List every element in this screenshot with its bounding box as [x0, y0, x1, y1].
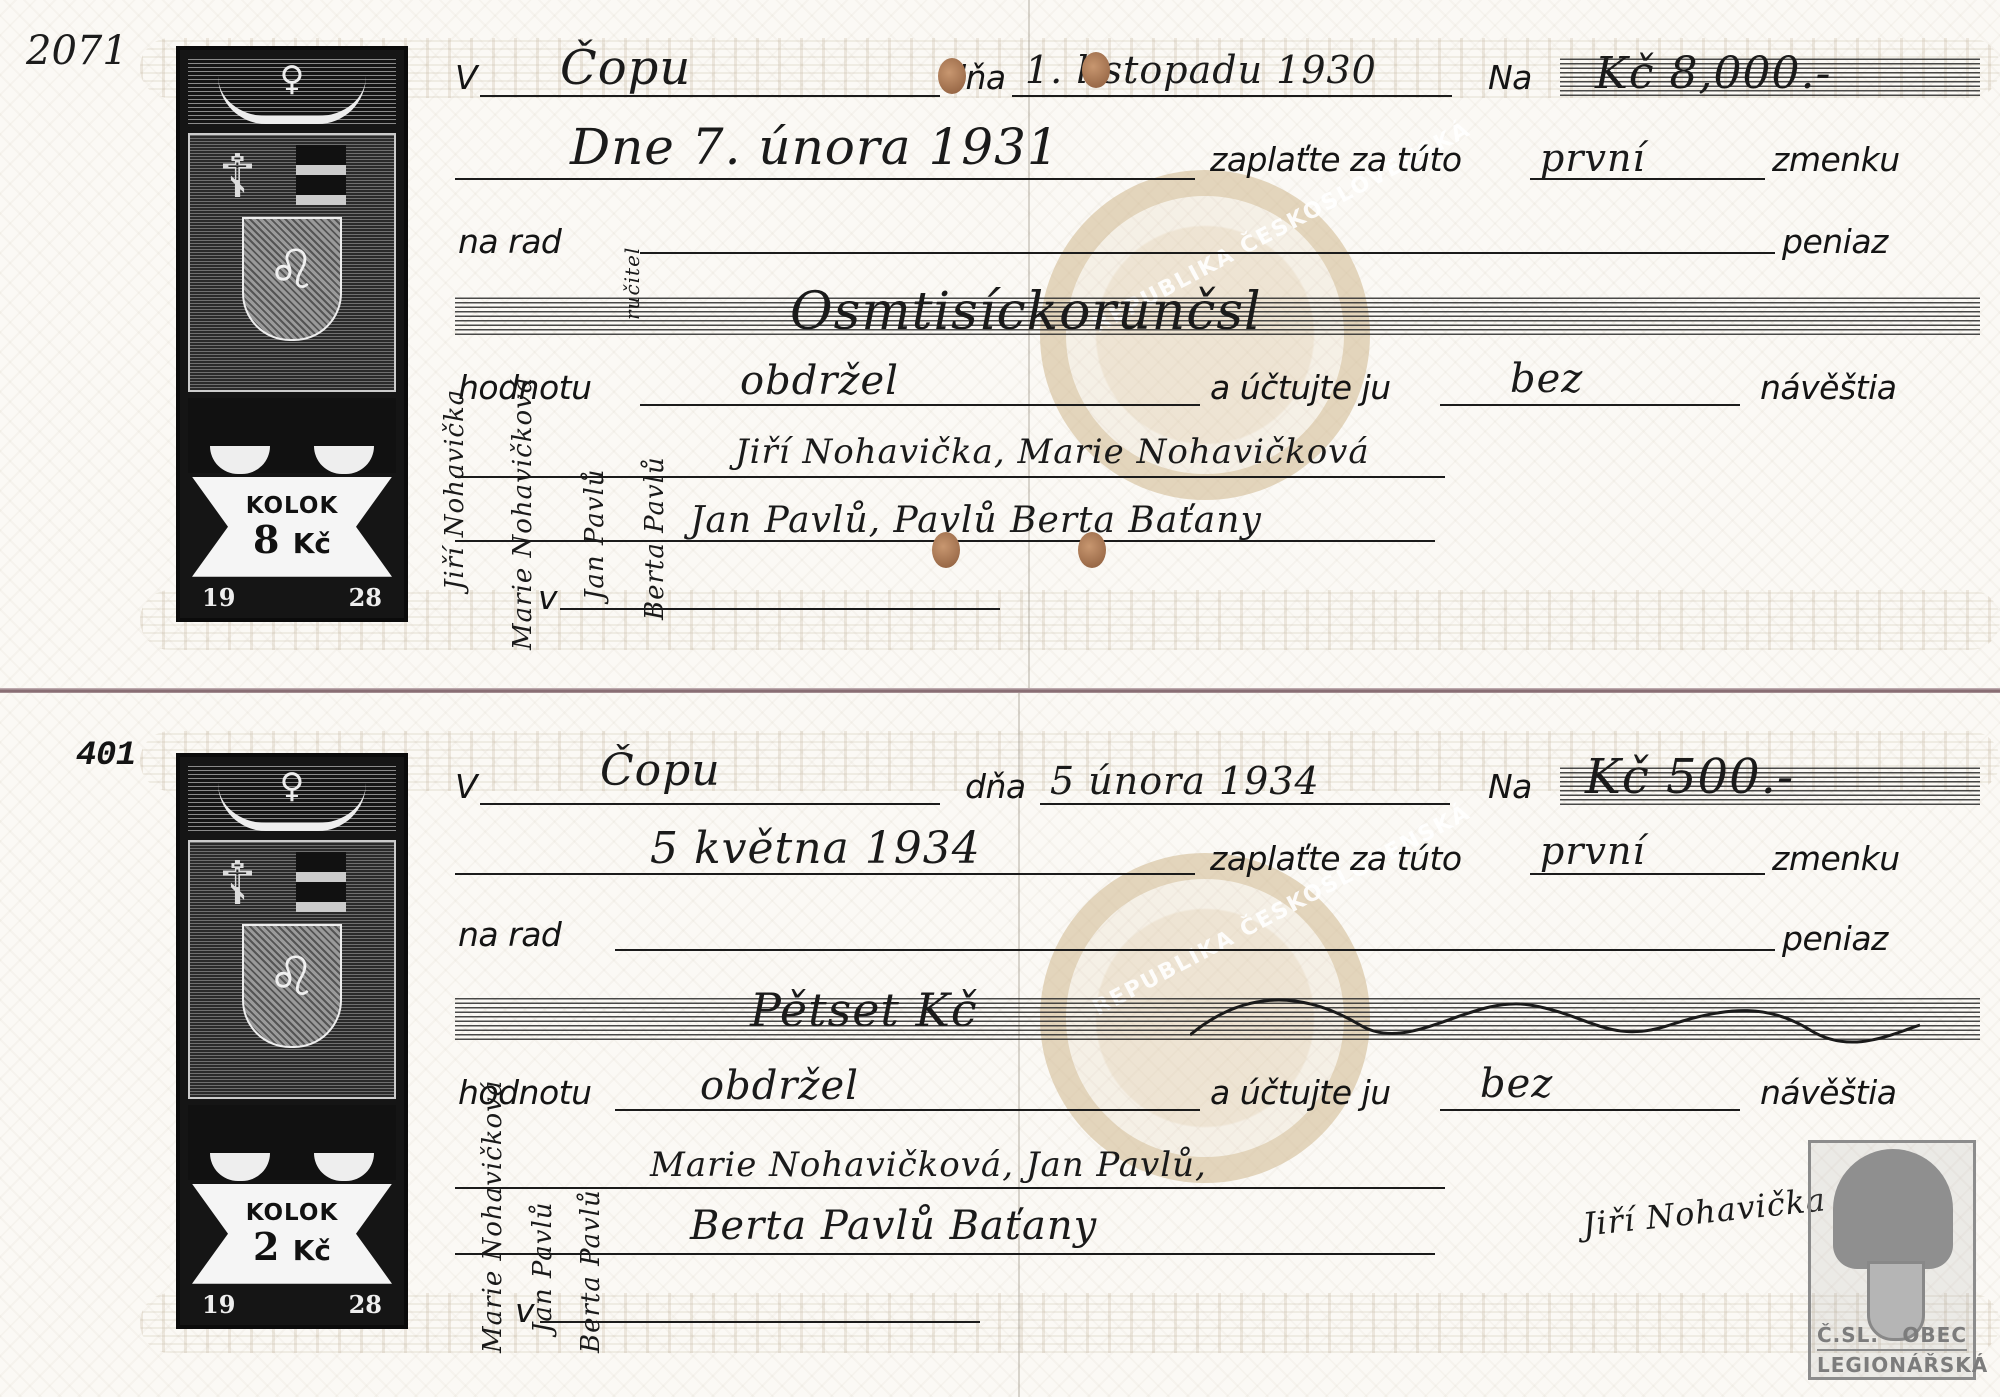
drawees-line-2: Berta Pavlů Baťany	[690, 1203, 1097, 1249]
notice-value: bez	[1480, 1061, 1553, 1107]
lion-icon: ♌	[268, 243, 316, 297]
place-line	[480, 95, 940, 97]
margin-signature: Berta Pavlů	[640, 456, 670, 620]
logo-line-1: Č.SL. OBEC	[1817, 1323, 1967, 1347]
stamp-year-right: 28	[349, 1290, 382, 1319]
stamp-value: 8 Kč	[253, 519, 331, 561]
date-value: 1. listopadu 1930	[1025, 48, 1377, 92]
pay-text: zaplaťte za túto	[1210, 140, 1462, 179]
punch-hole	[938, 58, 966, 94]
fold-line	[1028, 0, 1030, 690]
margin-signature: Jiří Nohavička	[440, 389, 470, 590]
stamp-crest-top: ♀	[188, 56, 396, 127]
scales-icon	[188, 398, 396, 473]
amount-value: Kč 500.-	[1585, 749, 1794, 805]
order-prefix: na rad	[458, 915, 561, 954]
notice-line	[1440, 404, 1740, 406]
stamp-year: 19 28	[188, 581, 396, 614]
place-line	[480, 803, 940, 805]
bill-word: zmenku	[1772, 839, 1900, 878]
lion-icon: ♌	[268, 950, 316, 1004]
punch-hole	[1078, 532, 1106, 568]
bottom-place-line	[560, 608, 1000, 610]
punch-hole	[932, 532, 960, 568]
notice-word: návěštia	[1760, 1073, 1897, 1112]
legion-logo-watermark: Č.SL. OBEC LEGIONÁŘSKÁ	[1808, 1140, 1976, 1380]
order-prefix: na rad	[458, 222, 561, 261]
margin-signature: Marie Nohavičková	[508, 377, 538, 650]
ankh-icon: ♀	[280, 769, 305, 803]
drawees-line-1: Marie Nohavičková, Jan Pavlů,	[650, 1145, 1207, 1185]
signature-right: Jiří Nohavička	[1581, 1180, 1828, 1243]
stamp-value: 2 Kč	[253, 1226, 331, 1268]
amount-value: Kč 8,000.-	[1595, 48, 1831, 99]
received-value: obdržel	[700, 1063, 859, 1109]
copy-value: první	[1540, 829, 1646, 873]
margin-signature: Berta Pavlů	[576, 1189, 606, 1353]
margin-signature: Jan Pavlů	[528, 1201, 558, 1333]
bill-word: zmenku	[1772, 140, 1900, 179]
amount-filler-squiggle	[1190, 985, 1930, 1055]
copy-line	[1530, 873, 1765, 875]
tax-stamp: ♀ ☦ ♌ KOLOK 2 Kč 19 28	[176, 753, 408, 1329]
drawees-line-2: Jan Pavlů, Pavlů Berta Baťany	[690, 500, 1262, 541]
bottom-place-line	[540, 1321, 980, 1323]
stamp-year-right: 28	[349, 583, 382, 612]
due-date-line	[455, 178, 1195, 180]
place-value: Čopu	[560, 40, 691, 96]
stamp-currency: Kč	[293, 527, 331, 560]
copy-value: první	[1540, 136, 1646, 180]
scale-pan-icon	[210, 446, 270, 474]
stamp-value-number: 2	[253, 1224, 279, 1269]
place-prefix: V	[455, 58, 477, 97]
coat-of-arms: ☦ ♌	[188, 133, 396, 392]
order-line	[615, 949, 1775, 951]
double-cross-icon: ☦	[218, 147, 257, 207]
date-prefix: dňa	[965, 767, 1026, 806]
serial-number: 401	[76, 737, 136, 775]
date-line	[1012, 95, 1452, 97]
logo-text-right: OBEC	[1902, 1323, 1967, 1347]
ankh-icon: ♀	[280, 62, 305, 96]
punch-hole	[1082, 52, 1110, 88]
striped-flag-icon	[296, 852, 346, 912]
stamp-value-label: KOLOK 8 Kč	[192, 477, 392, 577]
tax-stamp: ♀ ☦ ♌ KOLOK 8 Kč 19 28	[176, 46, 408, 622]
logo-text-left: Č.SL.	[1817, 1323, 1879, 1347]
stamp-currency: Kč	[293, 1234, 331, 1267]
bottom-place-prefix: v	[538, 578, 557, 617]
amount-prefix: Na	[1488, 58, 1532, 97]
stamp-year: 19 28	[188, 1288, 396, 1321]
guilloche-border-bottom	[140, 1293, 2000, 1353]
scale-pan-icon	[314, 1153, 374, 1181]
place-value: Čopu	[600, 745, 721, 796]
date-value: 5 února 1934	[1050, 759, 1320, 803]
margin-signature: Jan Pavlů	[580, 468, 610, 600]
amount-words: Pětset Kč	[750, 983, 978, 1037]
account-text: a účtujte ju	[1210, 1073, 1391, 1112]
money-word: peniaz	[1782, 919, 1888, 958]
stamp-value-number: 8	[253, 517, 279, 562]
stamp-year-left: 19	[202, 583, 235, 612]
account-text: a účtujte ju	[1210, 368, 1391, 407]
coat-of-arms: ☦ ♌	[188, 840, 396, 1099]
margin-signature: Marie Nohavičková	[478, 1080, 508, 1353]
stamp-crest-top: ♀	[188, 763, 396, 834]
money-word: peniaz	[1782, 222, 1888, 261]
received-line	[615, 1109, 1200, 1111]
pay-text: zaplaťte za túto	[1210, 839, 1462, 878]
received-line	[640, 404, 1200, 406]
date-line	[1040, 803, 1450, 805]
double-cross-icon: ☦	[218, 854, 257, 914]
bill-of-exchange-1930: REPUBLIKA ČESKOSLOVENSKÁ 2071 ♀ ☦ ♌ KOLO…	[0, 0, 2000, 690]
received-value: obdržel	[740, 358, 899, 404]
amount-prefix: Na	[1488, 767, 1532, 806]
notice-value: bez	[1510, 356, 1583, 402]
notice-word: návěštia	[1760, 368, 1897, 407]
margin-signature: ručitel	[620, 247, 644, 320]
serial-number: 2071	[26, 28, 128, 74]
due-date-value: 5 května 1934	[650, 823, 981, 874]
stamp-year-left: 19	[202, 1290, 235, 1319]
amount-words: Osmtisíckorunčsl	[790, 282, 1262, 342]
logo-line-2: LEGIONÁŘSKÁ	[1817, 1349, 1967, 1377]
scale-pan-icon	[314, 446, 374, 474]
place-prefix: V	[455, 767, 477, 806]
soldier-head-icon	[1833, 1149, 1953, 1269]
due-date-value: Dne 7. února 1931	[570, 118, 1060, 176]
striped-flag-icon	[296, 145, 346, 205]
stamp-kolok: KOLOK	[246, 493, 339, 519]
scale-pan-icon	[210, 1153, 270, 1181]
bill-of-exchange-1934: REPUBLIKA ČESKOSLOVENSKÁ 401 ♀ ☦ ♌ KOLOK…	[0, 693, 2000, 1397]
stamp-kolok: KOLOK	[246, 1200, 339, 1226]
drawees-line-1: Jiří Nohavička, Marie Nohavičková	[735, 432, 1370, 472]
guilloche-border-bottom	[140, 590, 2000, 650]
scales-icon	[188, 1105, 396, 1180]
notice-line	[1440, 1109, 1740, 1111]
stamp-value-label: KOLOK 2 Kč	[192, 1184, 392, 1284]
order-line	[640, 252, 1775, 254]
